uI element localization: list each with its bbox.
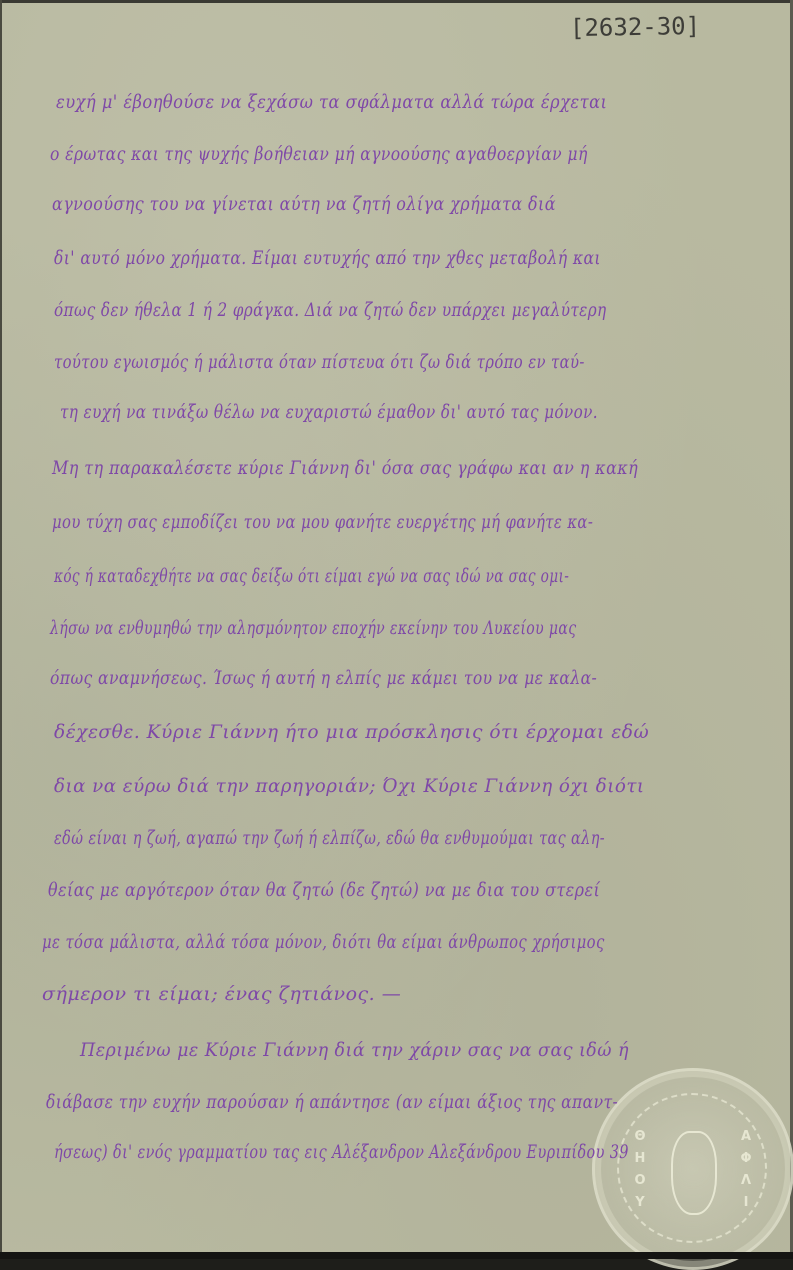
- scan-edge-bottom: [0, 1252, 793, 1259]
- handwritten-line: μου τύχη σας εμποδίζει του να μου φανήτε…: [52, 511, 593, 533]
- handwritten-line: με τόσα μάλιστα, αλλά τόσα μόνον, διότι …: [42, 931, 605, 953]
- handwritten-line: θείας με αργότερον όταν θα ζητώ (δε ζητώ…: [48, 879, 600, 901]
- handwritten-line: Μη τη παρακαλέσετε κύριε Γιάννη δι' όσα …: [52, 457, 638, 479]
- letter-page: [2632-30] ΘΑ ΗΦ ΟΛ ΥΙ ευχή μ' έβοηθούσε …: [2, 3, 790, 1252]
- handwritten-line: ήσεως) δι' ενός γραμματίου τας εις Αλέξα…: [54, 1141, 629, 1163]
- embossed-seal-icon: ΘΑ ΗΦ ΟΛ ΥΙ: [592, 1068, 793, 1259]
- handwritten-line: τούτου εγωισμός ή μάλιστα όταν πίστευα ό…: [54, 351, 585, 373]
- handwritten-line: ευχή μ' έβοηθούσε να ξεχάσω τα σφάλματα …: [56, 91, 607, 113]
- handwritten-line: διάβασε την ευχήν παρούσαν ή απάντησε (α…: [46, 1091, 618, 1113]
- handwritten-line: όπως δεν ήθελα 1 ή 2 φράγκα. Διά να ζητώ…: [54, 299, 607, 321]
- handwritten-line: λήσω να ενθυμηθώ την αλησμόνητον εποχήν …: [50, 617, 576, 639]
- handwritten-line: όπως αναμνήσεως. Ίσως ή αυτή η ελπίς με …: [50, 667, 597, 689]
- handwritten-line: τη ευχή να τινάξω θέλω να ευχαριστώ έμαθ…: [60, 401, 598, 423]
- handwritten-line: κός ή καταδεχθήτε να σας δείξω ότι είμαι…: [54, 565, 569, 587]
- handwritten-line: Περιμένω με Κύριε Γιάννη διά την χάριν σ…: [80, 1039, 629, 1061]
- handwritten-line: ο έρωτας και της ψυχής βοήθειαν μή αγνοο…: [50, 143, 588, 165]
- handwritten-line: σήμερον τι είμαι; ένας ζητιάνος. —: [42, 983, 401, 1005]
- handwritten-line: δέχεσθε. Κύριε Γιάννη ήτο μια πρόσκλησις…: [54, 721, 649, 743]
- archive-reference: [2632-30]: [570, 12, 701, 42]
- handwritten-line: δια να εύρω διά την παρηγοριάν; Όχι Κύρι…: [54, 775, 645, 797]
- seal-letters: ΘΑ ΗΦ ΟΛ ΥΙ: [625, 1126, 761, 1214]
- handwritten-line: αγνοούσης του να γίνεται αύτη να ζητή ολ…: [52, 193, 556, 215]
- handwritten-line: δι' αυτό μόνο χρήματα. Είμαι ευτυχής από…: [54, 247, 601, 269]
- handwritten-line: εδώ είναι η ζωή, αγαπώ την ζωή ή ελπίζω,…: [54, 827, 605, 849]
